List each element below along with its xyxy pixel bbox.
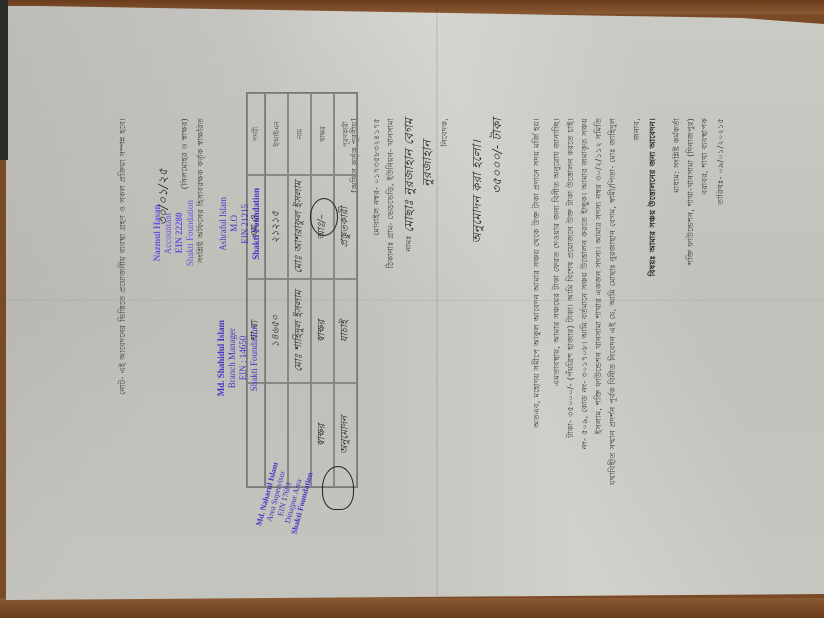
body-line: যথাবিহীত সম্মান প্রদর্শন পূর্বক বিনীত নি… — [608, 118, 618, 485]
handwritten-amount: ৩৫০০০/- টাকা — [492, 118, 502, 194]
table-row-label: নাম — [288, 93, 311, 175]
applicant-name: নামঃ মোছাঃ নুরজাহান বেগম — [404, 118, 414, 252]
signature-table: পূরণকারী প্রস্তুতকারী যাচাই অনুমোদন স্বা… — [264, 92, 358, 488]
applicant-name-label: নামঃ — [404, 235, 413, 251]
shadow-edge — [0, 0, 8, 160]
to-line: বরাবর, শাখা ব্যবস্থাপক — [700, 118, 710, 194]
body-line: এমতাবস্থায়, আমার সঞ্চয়ের টাকা ফেরত দেও… — [552, 118, 562, 386]
applicant-address: ঠিকানাঃ গ্রাম- ভেড়ভেড়ি, ইউনিয়ন- খানসা… — [386, 118, 396, 268]
table-cell: প্রস্তুতকারী — [334, 175, 357, 279]
table-cell — [247, 383, 265, 487]
salutation: জনাব, — [632, 118, 642, 140]
via-line: মাধ্যম: সংশ্লিষ্ট কর্মকর্তা — [672, 118, 682, 193]
table-row-label: স্বাক্ষর — [311, 93, 334, 175]
footer-line: (সিলমোহর ও স্বাক্ষর) — [180, 118, 190, 189]
office-line: শক্তি ফাউন্ডেশন, শাখা-খানসামা (দিনাজপুর) — [686, 118, 696, 265]
table-cell: স্বাক্ষর — [311, 279, 334, 383]
table-surface-bottom — [0, 598, 824, 618]
signature-table-designation-row: পদবী এম.ও শা.ব্য — [246, 92, 266, 488]
stamp-shahidul-islam: Md. Shahidul Islam Branch Manager EIN : … — [216, 320, 260, 396]
signature-mark — [322, 466, 354, 510]
applicant-phone: মোবাইল নম্বর- ০১৭৩৫৮৩২৪১৭৫ — [372, 118, 382, 236]
subject-line: বিষয়ঃ আমার সঞ্চয় উত্তোলনের জন্য আবেদন। — [648, 118, 658, 276]
table-cell: মোঃ আশরাফুল ইসলাম — [288, 175, 311, 279]
table-cell: যাচাই — [334, 279, 357, 383]
body-line: ইসলাম, শক্তি ফাউন্ডেশন খানসামা শাখার একজ… — [594, 118, 604, 434]
document-paper — [6, 6, 824, 606]
table-cell: ২১২১৫ — [265, 175, 288, 279]
table-row-label: পদবী — [247, 93, 265, 175]
applicant-name-value: মোছাঃ নুরজাহান বেগম — [402, 118, 416, 232]
table-header-cell: পূরণকারী — [334, 93, 357, 175]
table-cell: ১৪৬৫০ — [265, 279, 288, 383]
date-line: তারিখঃ- ০৯/০১/২০২১৫ — [716, 118, 726, 205]
table-row-label: ইআইএন — [265, 93, 288, 175]
stamp-ashraful-islam: Ashraful Islam M.O EIN 21215 Shakti Foun… — [218, 188, 262, 260]
closing: নিবেদক, — [440, 118, 450, 147]
note-line: নোট- এই আবেদনের ভিত্তিতে প্রয়োজনীয় ব্য… — [118, 118, 128, 395]
body-line: নং- ৫০৯, কোড নং- ৩০১৭০৮। আমি বর্তমানে সঞ… — [580, 118, 590, 449]
applicant-signature: নুরজাহান — [422, 140, 432, 186]
signature-mark — [310, 198, 338, 236]
table-cell: মোঃ শাহিদুল ইসলাম — [288, 279, 311, 383]
footer-line: সংশ্লিষ্ট অফিসের হিসাবরক্ষক কর্তৃক স্বাক… — [196, 118, 206, 263]
body-line: টাকা- ৩৫০০০/- (পঁয়ত্রিশ হাজার) টাকা। আম… — [566, 118, 576, 438]
paper-fold-vertical — [436, 6, 438, 596]
handwritten-approval: অনুমোদন করা হলো। — [472, 140, 482, 244]
accountant-signature-date: ৩০/০১/২৫ — [158, 168, 168, 225]
body-line: অতএব, মহোদয় সমীপে আকুল আবেদন আমার সঞ্চয… — [532, 118, 542, 428]
